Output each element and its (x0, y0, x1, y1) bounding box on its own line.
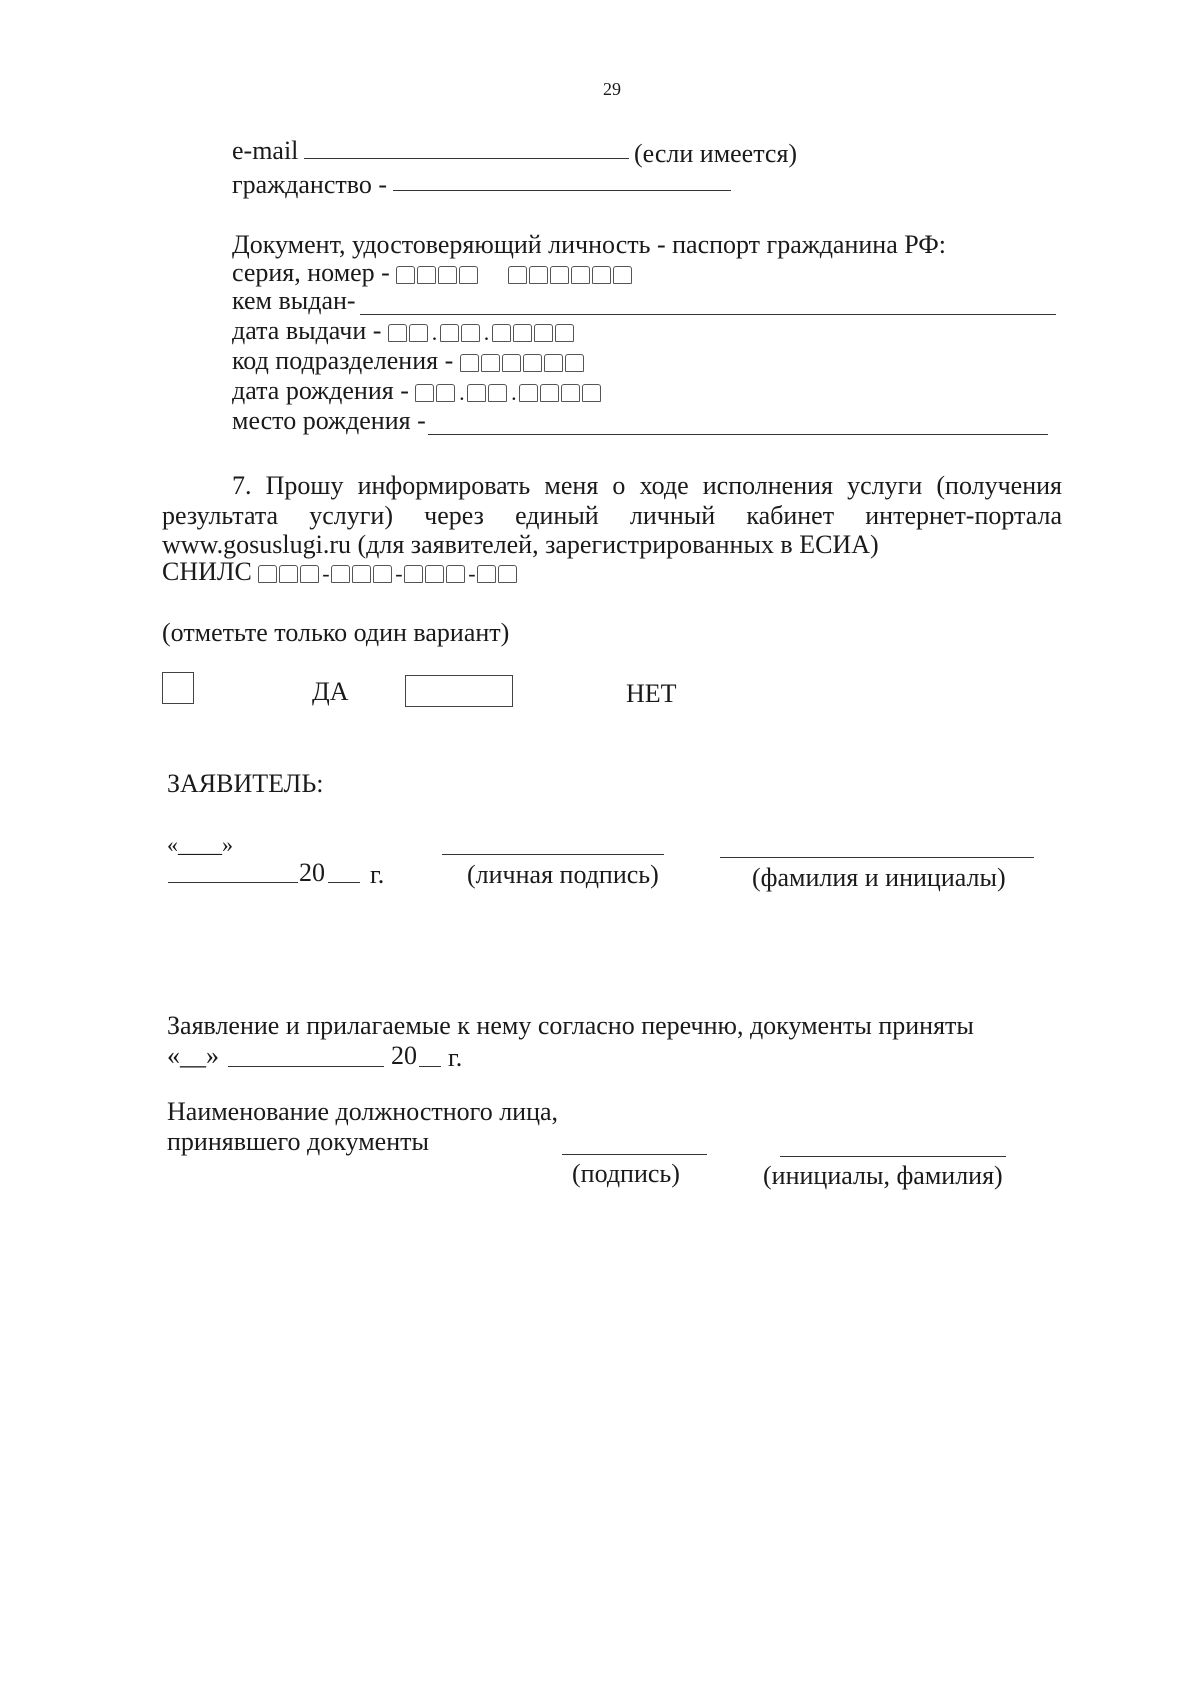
cell[interactable] (331, 565, 350, 583)
cell[interactable] (425, 565, 444, 583)
acceptance-year-prefix: 20 (391, 1041, 417, 1071)
item7-line3: www.gosuslugi.ru (для заявителей, зареги… (162, 530, 879, 560)
cell[interactable] (417, 266, 436, 284)
cell[interactable] (258, 565, 277, 583)
cell[interactable] (373, 565, 392, 583)
no-label: НЕТ (626, 679, 677, 709)
cell[interactable] (460, 354, 479, 372)
birth-date-cells[interactable]: .. (415, 384, 603, 402)
identity-document-heading: Документ, удостоверяющий личность - пасп… (232, 230, 946, 260)
yes-checkbox[interactable] (162, 672, 194, 704)
choose-one-note: (отметьте только один вариант) (162, 618, 509, 648)
applicant-heading: ЗАЯВИТЕЛЬ: (167, 769, 323, 799)
snils-cells[interactable]: --- (258, 565, 519, 583)
dot: . (430, 324, 439, 342)
issue-date-cells[interactable]: .. (388, 324, 576, 342)
series-number-row: серия, номер - (232, 258, 634, 288)
acceptance-year-field[interactable] (419, 1066, 441, 1067)
official-name-caption: (инициалы, фамилия) (763, 1161, 1003, 1191)
applicant-year-prefix: 20 (299, 858, 325, 888)
applicant-year-field[interactable] (328, 882, 360, 883)
official-signature-caption: (подпись) (572, 1159, 680, 1189)
official-title-line2: принявшего документы (167, 1127, 429, 1157)
birth-date-label: дата рождения - (232, 376, 409, 405)
division-code-row: код подразделения - (232, 346, 586, 376)
citizenship-label: гражданство - (232, 170, 387, 200)
page-number: 29 (603, 74, 621, 104)
citizenship-field[interactable] (393, 190, 731, 191)
cell[interactable] (582, 384, 601, 402)
official-signature-field[interactable] (562, 1154, 707, 1155)
cell[interactable] (461, 324, 480, 342)
cell[interactable] (502, 354, 521, 372)
cell[interactable] (613, 266, 632, 284)
issued-by-label: кем выдан- (232, 286, 356, 316)
item7-line1: 7. Прошу информировать меня о ходе испол… (232, 471, 1062, 501)
acceptance-text: Заявление и прилагаемые к нему согласно … (167, 1011, 974, 1041)
birth-date-row: дата рождения - .. (232, 376, 603, 406)
issue-date-label: дата выдачи - (232, 316, 381, 345)
cell[interactable] (300, 565, 319, 583)
cell[interactable] (523, 354, 542, 372)
cell[interactable] (513, 324, 532, 342)
cell[interactable] (534, 324, 553, 342)
dash: - (394, 565, 403, 583)
cell[interactable] (592, 266, 611, 284)
applicant-name-caption: (фамилия и инициалы) (752, 863, 1006, 893)
cell[interactable] (409, 324, 428, 342)
passport-number-cells[interactable] (508, 266, 634, 284)
series-number-label: серия, номер - (232, 258, 390, 287)
cell[interactable] (446, 565, 465, 583)
snils-label: СНИЛС (162, 557, 252, 586)
applicant-year-suffix: г. (370, 860, 384, 890)
cell[interactable] (477, 565, 496, 583)
official-title-line1: Наименование должностного лица, (167, 1097, 558, 1127)
passport-series-cells[interactable] (396, 266, 480, 284)
cell[interactable] (440, 324, 459, 342)
snils-row: СНИЛС --- (162, 557, 519, 587)
cell[interactable] (561, 384, 580, 402)
division-code-label: код подразделения - (232, 346, 453, 375)
cell[interactable] (467, 384, 486, 402)
cell[interactable] (544, 354, 563, 372)
acceptance-year-suffix: г. (448, 1043, 462, 1073)
cell[interactable] (279, 565, 298, 583)
item7-line2: результата услуги) через единый личный к… (162, 501, 1062, 531)
cell[interactable] (404, 565, 423, 583)
cell[interactable] (519, 384, 538, 402)
dash: - (321, 565, 330, 583)
cell[interactable] (529, 266, 548, 284)
cell[interactable] (415, 384, 434, 402)
cell[interactable] (571, 266, 590, 284)
yes-label: ДА (312, 677, 349, 707)
applicant-signature-field[interactable] (442, 854, 664, 855)
applicant-month-field[interactable] (168, 882, 298, 883)
cell[interactable] (498, 565, 517, 583)
cell[interactable] (396, 266, 415, 284)
division-code-cells[interactable] (460, 354, 586, 372)
cell[interactable] (565, 354, 584, 372)
applicant-day-field[interactable]: «____» (167, 830, 233, 860)
dot: . (482, 324, 491, 342)
cell[interactable] (550, 266, 569, 284)
acceptance-month-field[interactable] (228, 1066, 384, 1067)
cell[interactable] (488, 384, 507, 402)
no-checkbox[interactable] (405, 675, 513, 707)
cell[interactable] (459, 266, 478, 284)
birth-place-label: место рождения - (232, 406, 426, 436)
issue-date-row: дата выдачи - .. (232, 316, 576, 346)
cell[interactable] (438, 266, 457, 284)
cell[interactable] (508, 266, 527, 284)
dot: . (457, 384, 466, 402)
official-name-field[interactable] (780, 1156, 1006, 1157)
cell[interactable] (352, 565, 371, 583)
email-field[interactable] (304, 158, 629, 159)
dash: - (467, 565, 476, 583)
cell[interactable] (388, 324, 407, 342)
cell[interactable] (492, 324, 511, 342)
cell[interactable] (481, 354, 500, 372)
birth-place-field[interactable] (428, 434, 1048, 435)
cell[interactable] (540, 384, 559, 402)
email-label: e-mail (232, 136, 298, 166)
applicant-signature-caption: (личная подпись) (467, 860, 659, 890)
cell[interactable] (555, 324, 574, 342)
acceptance-day-field[interactable]: «__» (167, 1041, 219, 1071)
issued-by-field[interactable] (360, 314, 1056, 315)
cell[interactable] (436, 384, 455, 402)
dot: . (509, 384, 518, 402)
applicant-name-field[interactable] (720, 857, 1034, 858)
email-optional-note: (если имеется) (634, 139, 797, 169)
